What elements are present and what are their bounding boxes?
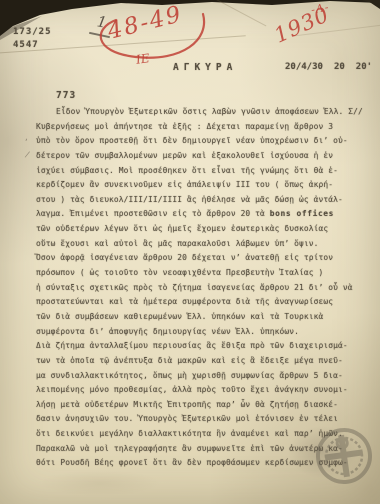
margin-mark: , <box>24 133 29 142</box>
body-line: ὑπὸ τὸν ὅρον προστεθῇ ὅτι δὲν δημιουργεῖ… <box>36 136 370 151</box>
telegram-number: 773 <box>56 90 76 101</box>
body-line: Διὰ ζήτημα ἀνταλλαξίμου περιουσίας ἃς ἔθ… <box>36 341 370 356</box>
body-line-pre: λαγμα. Ἐπιμένει προστεθῶσιν εἰς τὸ ἄρθρο… <box>36 209 270 218</box>
body-line: τῶν οὐδετέρων λέγων ὅτι ὡς ἡμεῖς ἔχομεν … <box>36 224 370 239</box>
body-line: κερδίζομεν ἂν συνεκινοῦμεν εἰς ἀπάλειψίν… <box>36 180 370 195</box>
header-minutes: 20' <box>356 62 372 72</box>
telegram-body: Εἶδον Ὑπουργὸν Ἐξωτερικῶν ὅστις λαβὼν γν… <box>36 107 370 473</box>
body-line: Κυβερνήσεως μοὶ ἀπήντησε τὰ ἑξῆς : Δέχετ… <box>36 122 370 137</box>
body-line: πρόσωπον ( ὡς τοιοῦτο τὸν νεοαφιχθέντα Π… <box>36 268 370 283</box>
header-date: 20/4/30 <box>285 62 323 72</box>
body-line: στου ) τὰς διευκολ/ΙΙΙ/ΙΙ/ΙΙΙΙ ἃς ἠθέλησ… <box>36 195 370 210</box>
body-line: οὕτω ἔχουσι καὶ αὐτοὶ ἃς μᾶς παρακαλοῦσι… <box>36 239 370 254</box>
body-line: Ὅσον ἀφορᾷ ἰσαγένειαν ἄρθρου 20 δέχεται … <box>36 253 370 268</box>
header-hour: 20 <box>334 62 345 72</box>
body-line: ἡ σύνταξις σχετικῶς πρὸς τὸ ζήτημα ἰσαγε… <box>36 283 370 298</box>
body-line: Εἶδον Ὑπουργὸν Ἐξωτερικῶν ὅστις λαβὼν γν… <box>36 107 370 122</box>
archive-number-top: 173/25 <box>13 26 52 39</box>
body-line: προστατεύωνται καὶ τὰ ἡμέτερα συμφέροντα… <box>36 297 370 312</box>
body-line-with-latin: λαγμα. Ἐπιμένει προστεθῶσιν εἰς τὸ ἄρθρο… <box>36 209 370 224</box>
latin-phrase: bons offices <box>270 209 334 218</box>
archive-number-bottom: 4547 <box>13 39 52 52</box>
body-line: δέτερον τῶν συμβαλλομένων μερῶν καὶ ἐξακ… <box>36 151 370 166</box>
telegram-document-scan: 173/25 4547 1 48-49 ΙΕ -Α- 1930 ΑΓΚΥΡΑ 2… <box>0 0 380 504</box>
body-line: τῶν διὰ συμβάσεων καθιερωμένων Ἑλλ. ὑπηκ… <box>36 312 370 327</box>
header-city: ΑΓΚΥΡΑ <box>173 62 237 73</box>
body-line: ἰσχύει σύμβασις. Μοὶ προσέθηκεν ὅτι εἶνα… <box>36 166 370 181</box>
body-line: συμφέροντα δι’ ἀποφυγῆς δημιουργίας νέων… <box>36 327 370 342</box>
stamp-icon <box>309 421 379 491</box>
body-line: των τὰ ὁποῖα τῷ ἀνέπτυξα διὰ μακρῶν καὶ … <box>36 356 370 371</box>
body-line: λειπομένης μόνο προθεσμίας, ἀλλὰ πρὸς το… <box>36 385 370 400</box>
body-line: μα συνδιαλλακτικότητος, ὅπως μὴ χωρισθῇ … <box>36 371 370 386</box>
paper-stain <box>40 470 160 496</box>
body-line: λήσῃ μετὰ οὐδετέρων Μικτῆς Ἐπιτροπῆς παρ… <box>36 400 370 415</box>
red-subscript-mark: ΙΕ <box>135 51 150 67</box>
archive-numbers: 173/25 4547 <box>13 26 52 52</box>
margin-mark: / <box>24 150 31 160</box>
header-datetime: 20/4/30 20 20' <box>285 62 372 72</box>
